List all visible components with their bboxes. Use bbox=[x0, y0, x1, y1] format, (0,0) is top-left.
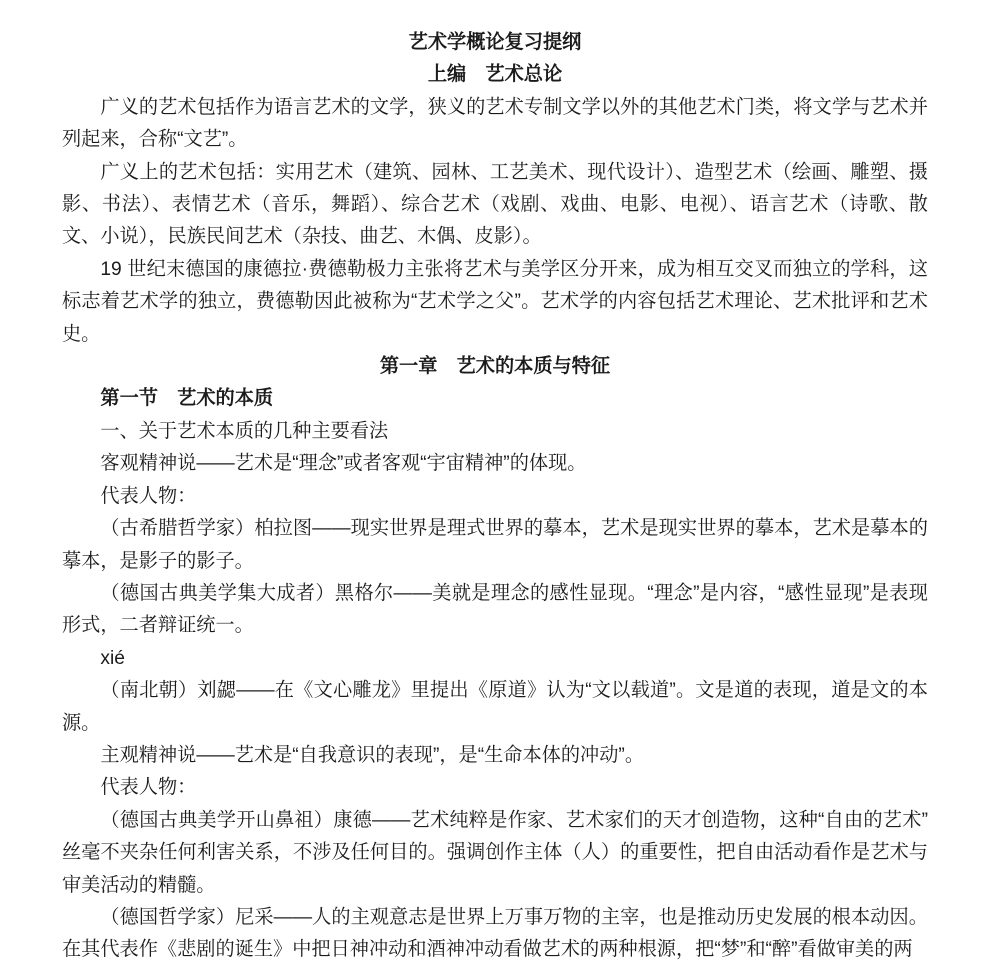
para-kant: （德国古典美学开山鼻祖）康德——艺术纯粹是作家、艺术家们的天才创造物，这种“自由… bbox=[62, 805, 928, 902]
pinyin-annotation-xie: xié bbox=[62, 643, 928, 675]
para-representatives-2: 代表人物： bbox=[62, 772, 928, 804]
document-page: 艺术学概论复习提纲 上编 艺术总论 广义的艺术包括作为语言艺术的文学，狭义的艺术… bbox=[0, 0, 990, 971]
para-viewpoints-intro: 一、关于艺术本质的几种主要看法 bbox=[62, 416, 928, 448]
para-art-categories: 广义上的艺术包括：实用艺术（建筑、园林、工艺美术、现代设计）、造型艺术（绘画、雕… bbox=[62, 157, 928, 254]
para-nietzsche: （德国哲学家）尼采——人的主观意志是世界上万事万物的主宰，也是推动历史发展的根本… bbox=[62, 902, 928, 967]
part-heading: 上编 艺术总论 bbox=[62, 59, 928, 91]
para-plato: （古希腊哲学家）柏拉图——现实世界是理式世界的摹本，艺术是现实世界的摹本，艺术是… bbox=[62, 513, 928, 578]
para-representatives-1: 代表人物： bbox=[62, 481, 928, 513]
para-objective-spirit: 客观精神说——艺术是“理念”或者客观“宇宙精神”的体现。 bbox=[62, 448, 928, 480]
para-fiedler-art-science: 19 世纪末德国的康德拉·费德勒极力主张将艺术与美学区分开来，成为相互交叉而独立… bbox=[62, 254, 928, 351]
chapter-heading: 第一章 艺术的本质与特征 bbox=[62, 351, 928, 383]
section-heading: 第一节 艺术的本质 bbox=[62, 383, 928, 415]
doc-title: 艺术学概论复习提纲 bbox=[62, 27, 928, 59]
para-hegel: （德国古典美学集大成者）黑格尔——美就是理念的感性显现。“理念”是内容，“感性显… bbox=[62, 578, 928, 643]
para-art-broad-narrow: 广义的艺术包括作为语言艺术的文学，狭义的艺术专制文学以外的其他艺术门类，将文学与… bbox=[62, 92, 928, 157]
para-subjective-spirit: 主观精神说——艺术是“自我意识的表现”，是“生命本体的冲动”。 bbox=[62, 740, 928, 772]
para-liu-xie: （南北朝）刘勰——在《文心雕龙》里提出《原道》认为“文以载道”。文是道的表现，道… bbox=[62, 675, 928, 740]
